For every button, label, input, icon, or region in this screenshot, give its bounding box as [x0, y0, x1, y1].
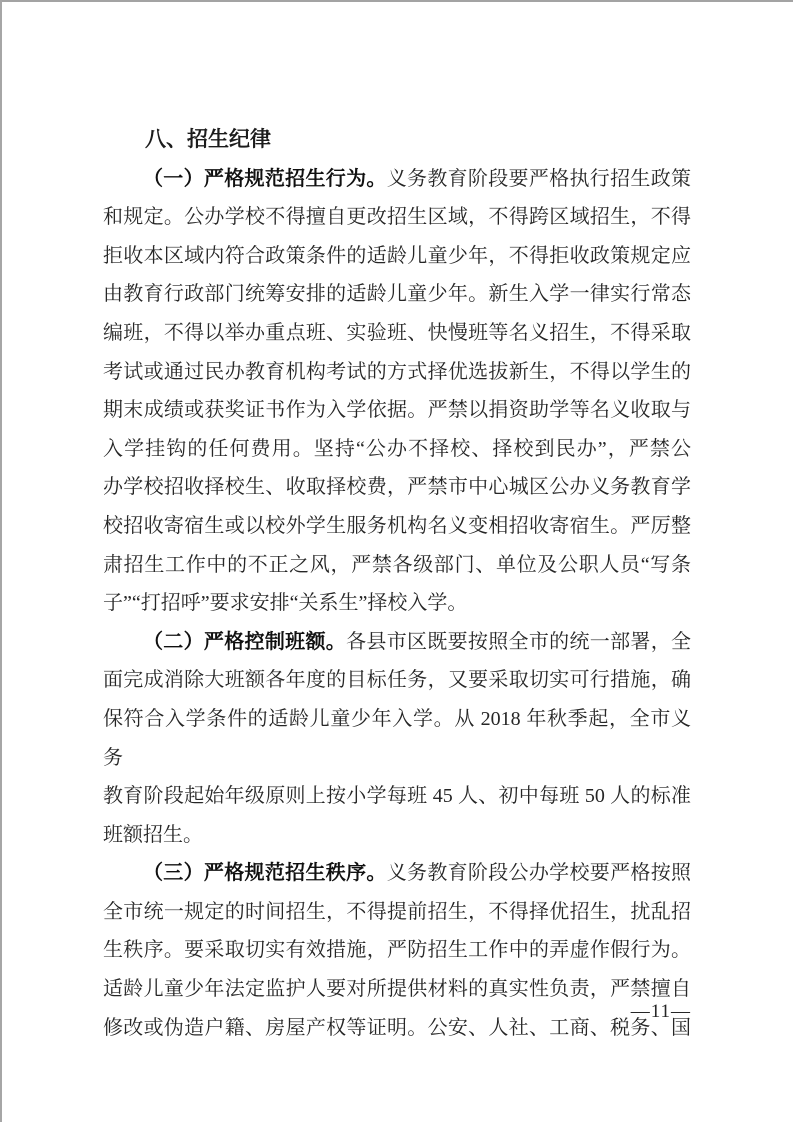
line-text: 各县市区既要按照全市的统一部署，全: [346, 631, 691, 653]
text-line: 编班，不得以举办重点班、实验班、快慢班等名义招生，不得采取: [103, 314, 691, 353]
text-line: 全市统一规定的时间招生，不得提前招生，不得择优招生，扰乱招: [103, 893, 691, 932]
text-line: 拒收本区域内符合政策条件的适龄儿童少年，不得拒收政策规定应: [103, 237, 691, 276]
section-heading: 八、招生纪律: [103, 121, 691, 160]
text-line: 班额招生。: [103, 816, 691, 855]
text-line: 教育阶段起始年级原则上按小学每班 45 人、初中每班 50 人的标准: [103, 777, 691, 816]
text-line: 校招收寄宿生或以校外学生服务机构名义变相招收寄宿生。严厉整: [103, 507, 691, 546]
paragraph-lead-line: （一）严格规范招生行为。义务教育阶段要严格执行招生政策: [103, 160, 691, 199]
page-number: —11—: [103, 1001, 691, 1023]
paragraph-lead-text: （二）严格控制班额。: [143, 631, 346, 653]
document-page: 八、招生纪律 （一）严格规范招生行为。义务教育阶段要严格执行招生政策 和规定。公…: [0, 0, 793, 1122]
line-text: 义务教育阶段要严格执行招生政策: [387, 168, 691, 190]
paragraph-lead-text: （一）严格规范招生行为。: [143, 168, 387, 190]
text-line: 子”“打招呼”要求安排“关系生”择校入学。: [103, 584, 691, 623]
text-line: 和规定。公办学校不得擅自更改招生区域，不得跨区域招生，不得: [103, 198, 691, 237]
document-body: 八、招生纪律 （一）严格规范招生行为。义务教育阶段要严格执行招生政策 和规定。公…: [103, 121, 691, 1047]
text-line: 由教育行政部门统筹安排的适龄儿童少年。新生入学一律实行常态: [103, 275, 691, 314]
text-line: 面完成消除大班额各年度的目标任务，又要采取切实可行措施，确: [103, 661, 691, 700]
scan-edge-top: [0, 0, 793, 2]
text-line: 保符合入学条件的适龄儿童少年入学。从 2018 年秋季起，全市义务: [103, 700, 691, 777]
line-text: 义务教育阶段公办学校要严格按照: [387, 862, 691, 884]
paragraph-lead-line: （三）严格规范招生秩序。义务教育阶段公办学校要严格按照: [103, 854, 691, 893]
text-line: 考试或通过民办教育机构考试的方式择优选拔新生，不得以学生的: [103, 353, 691, 392]
text-line: 办学校招收择校生、收取择校费，严禁市中心城区公办义务教育学: [103, 468, 691, 507]
paragraph-lead-text: （三）严格规范招生秩序。: [143, 862, 387, 884]
paragraph-lead-line: （二）严格控制班额。各县市区既要按照全市的统一部署，全: [103, 623, 691, 662]
text-line: 期末成绩或获奖证书作为入学依据。严禁以捐资助学等名义收取与: [103, 391, 691, 430]
text-line: 肃招生工作中的不正之风，严禁各级部门、单位及公职人员“写条: [103, 546, 691, 585]
text-line: 生秩序。要采取切实有效措施，严防招生工作中的弄虚作假行为。: [103, 931, 691, 970]
scan-edge-left: [0, 0, 2, 1122]
text-line: 入学挂钩的任何费用。坚持“公办不择校、择校到民办”，严禁公: [103, 430, 691, 469]
